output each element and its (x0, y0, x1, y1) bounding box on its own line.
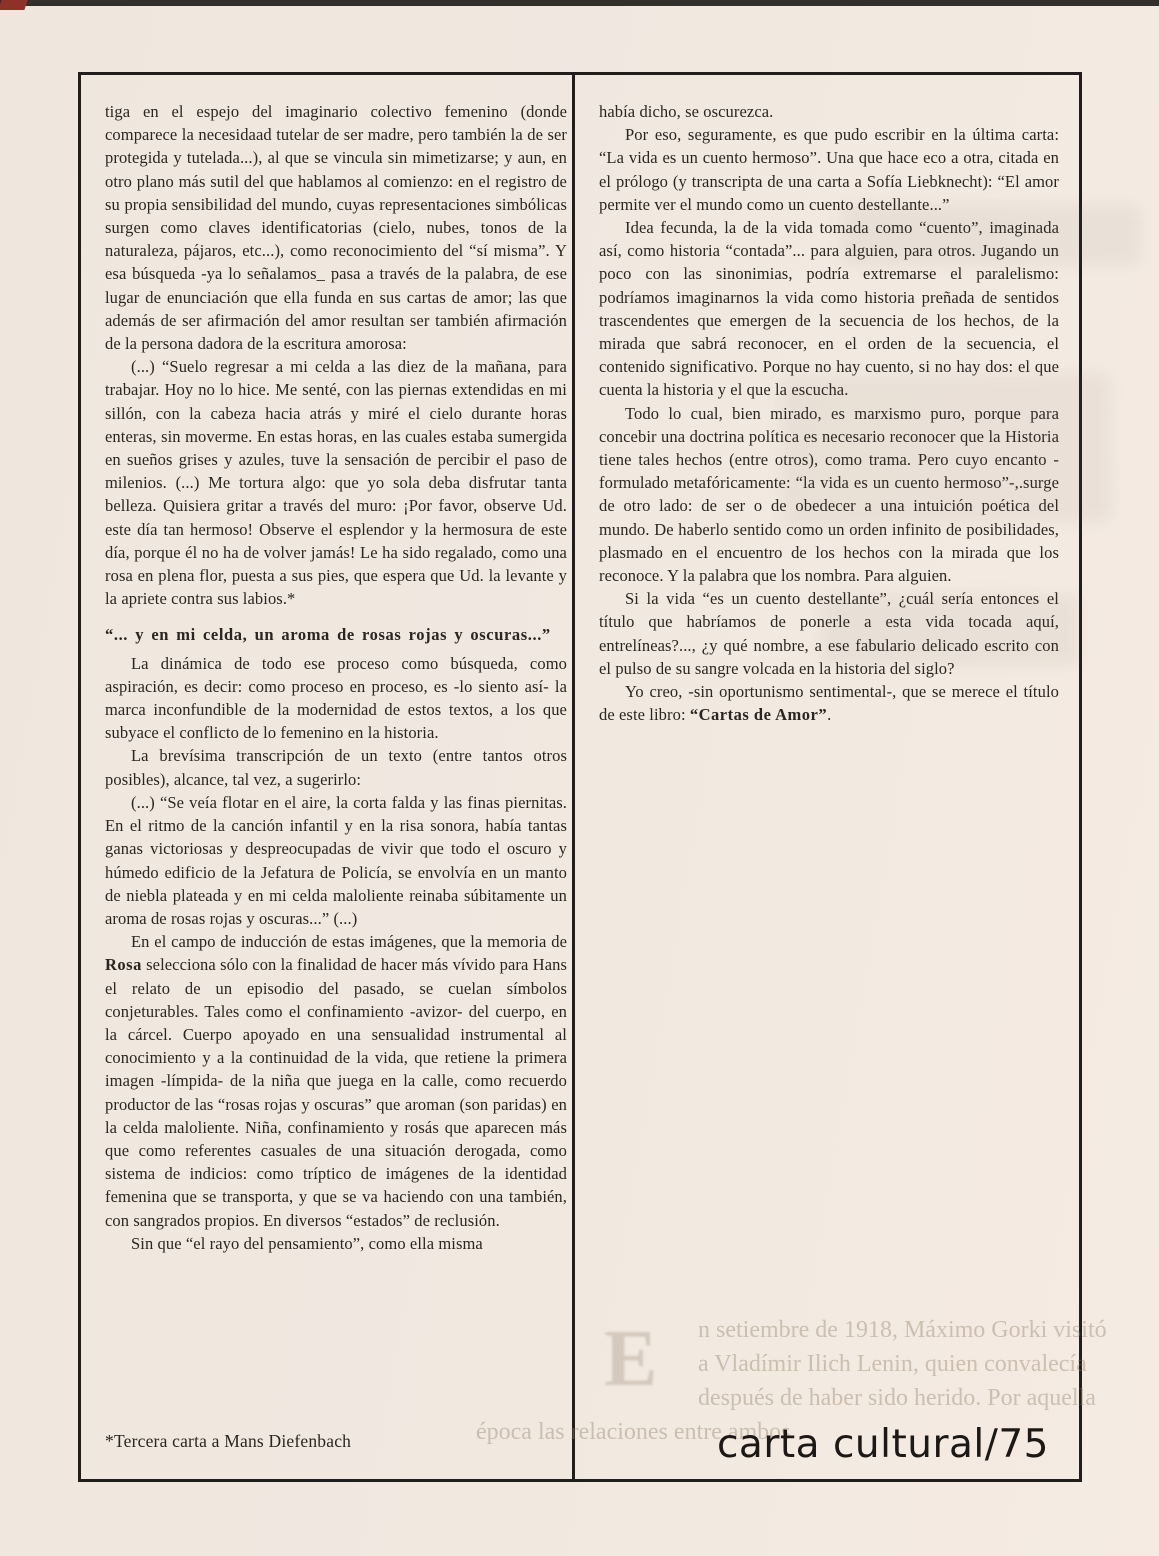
left-column: tiga en el espejo del imaginario colecti… (105, 100, 567, 1255)
paragraph: Idea fecunda, la de la vida tomada como … (599, 216, 1059, 402)
section-heading: “... y en mi celda, un aroma de rosas ro… (105, 623, 567, 646)
bleed-through-dropcap: E (604, 1319, 657, 1399)
paragraph: La dinámica de todo ese proceso como bús… (105, 652, 567, 745)
paragraph: (...) “Suelo regresar a mi celda a las d… (105, 355, 567, 610)
bleed-through-line: después de haber sido herido. Por aquell… (698, 1381, 1116, 1415)
paragraph: Sin que “el rayo del pensamiento”, como … (105, 1232, 567, 1255)
paragraph: La brevísima transcripción de un texto (… (105, 744, 567, 790)
page: { "colors": { "paper": "#f1e9e0", "ink":… (0, 0, 1159, 1556)
paragraph: había dicho, se oscurezca. (599, 100, 1059, 123)
footer-brand: carta cultural/75 (717, 1422, 1049, 1467)
paragraph: Por eso, seguramente, es que pudo escrib… (599, 123, 1059, 216)
scan-edge-red-mark (0, 0, 28, 10)
article-frame: tiga en el espejo del imaginario colecti… (78, 72, 1082, 1482)
paragraph: Si la vida “es un cuento destellante”, ¿… (599, 587, 1059, 680)
footnote: *Tercera carta a Mans Diefenbach (105, 1431, 351, 1452)
bleed-through-line: n setiembre de 1918, Máximo Gorki visitó (698, 1313, 1116, 1347)
scan-edge-strip (0, 0, 1159, 6)
paragraph: Todo lo cual, bien mirado, es marxismo p… (599, 402, 1059, 588)
bleed-through-line: a Vladímir Ilich Lenin, quien convalecía (698, 1347, 1116, 1381)
paragraph: Yo creo, -sin oportunismo sentimental-, … (599, 680, 1059, 726)
paragraph: En el campo de inducción de estas imágen… (105, 930, 567, 1232)
column-divider-rule (572, 75, 575, 1479)
right-column: había dicho, se oscurezca.Por eso, segur… (599, 100, 1059, 726)
paragraph: (...) “Se veía flotar en el aire, la cor… (105, 791, 567, 930)
paragraph: tiga en el espejo del imaginario colecti… (105, 100, 567, 355)
